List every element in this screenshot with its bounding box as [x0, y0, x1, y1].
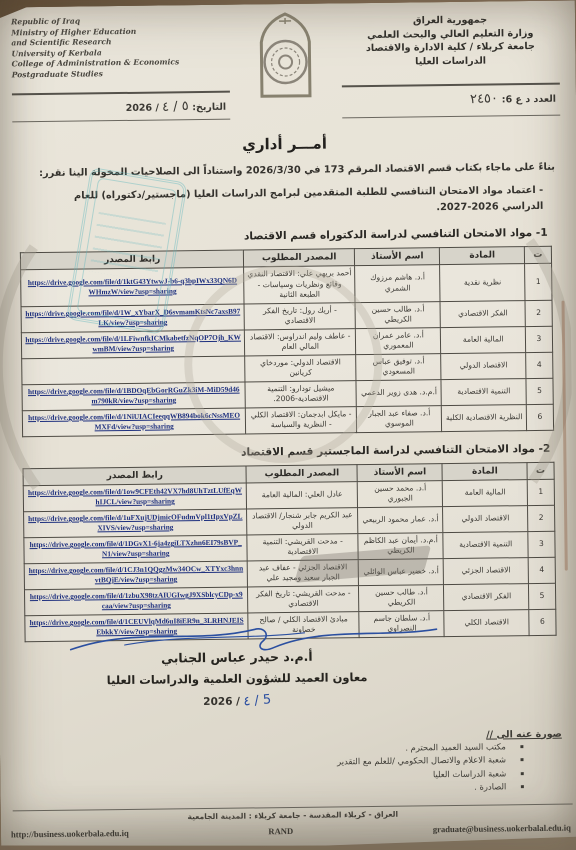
cell-subject: الاقتصاد الدولي [441, 352, 526, 379]
column-header: المصدر المطلوب [246, 464, 358, 482]
source-link[interactable]: https://drive.google.com/file/d/1ktG43Yt… [24, 275, 240, 298]
cell-subject: الفكر الاقتصادي [444, 583, 529, 610]
section1-title: 1- مواد الامتحان التنافسي لدراسة الدكتور… [0, 227, 548, 246]
source-link[interactable]: https://drive.google.com/file/d/1zbuX98t… [28, 590, 244, 613]
scanned-document-page: Republic of IraqMinistry of Higher Educa… [0, 0, 576, 849]
cell-professor: أ.م.د. هدى زوير الدعمي [356, 379, 441, 406]
column-header: اسم الأستاذ [357, 463, 442, 481]
cell-professor: أ.م.د. أيمان عبد الكاظم الكريطي [358, 532, 443, 559]
document-number-field: العدد د ع 6: ٢٤٥٠ [342, 83, 560, 119]
cell-source-link: https://drive.google.com/file/d/1DGvX1-6… [24, 535, 247, 564]
cell-subject: الفكر الاقتصادي [440, 300, 525, 327]
column-header: اسم الأستاذ [355, 248, 440, 266]
cell-no: 5 [526, 378, 553, 404]
cell-source-link: https://drive.google.com/file/d/1ktG43Yt… [21, 267, 244, 306]
cell-professor: أ.د. محمد حسين الجبوري [358, 480, 443, 507]
source-link[interactable]: https://drive.google.com/file/d/1uFXujUD… [27, 512, 243, 535]
section2-title: 2- مواد الامتحان التنافسي لدراسة الماجست… [0, 442, 550, 461]
cell-subject: الاقتصاد الجزئي [443, 557, 528, 584]
cell-professor: أ.د. عامر عمران المعموري [356, 327, 441, 354]
column-header: ت [527, 462, 554, 479]
cell-source-link: https://drive.google.com/file/d/1CJ3n1QQ… [24, 561, 247, 590]
letterhead-arabic-line: الدراسات العليا [341, 53, 559, 69]
footer-email-link[interactable]: graduate@business.uokerbalal.edu.iq [433, 822, 571, 834]
cell-source: الاقتصاد الدولي: موردخاي كريانين [245, 354, 357, 381]
cell-source: الاقتصاد الجزئي - عفاف عبد الجبار سعيد و… [247, 559, 359, 586]
footer-website-link[interactable]: http://business.uokerbala.edu.iq [11, 827, 129, 838]
doctorate-subjects-table: تالمادةاسم الأستاذالمصدر المطلوبرابط الم… [20, 246, 554, 437]
cell-source: - مايكل ابدجمان: الاقتصاد الكلي - النظري… [245, 406, 357, 433]
cell-no: 2 [528, 505, 555, 531]
cell-source: - مدحت القريشي: تاريخ الفكر الاقتصادي [248, 585, 360, 612]
column-header: المادة [442, 462, 527, 480]
intro-paragraph: بناءً على ماجاء بكتاب قسم الاقتصاد المرق… [11, 162, 555, 180]
cell-subject: المالية العامة [443, 479, 528, 506]
cell-no: 6 [526, 404, 553, 430]
document-title: أمـــر أداري [0, 131, 576, 156]
cell-professor: أ.د. هاشم مرزوك الشمري [355, 265, 440, 303]
cell-source: - مدحت القريشي: التنمية الاقتصادية [247, 533, 359, 560]
cell-professor: أ.د. عمار محمود الربيعي [358, 506, 443, 533]
date-handwritten: ٥ / ٤ [162, 99, 189, 115]
cell-subject: المالية العامة [441, 326, 526, 353]
source-link[interactable]: https://drive.google.com/file/d/1DGvX1-6… [28, 538, 244, 561]
table-row: 6النظرية الاقتصادية الكليةأ.د. صفاء عبد … [23, 404, 554, 436]
cell-no: 5 [529, 583, 556, 609]
date-label: التاريخ: [192, 102, 226, 113]
cell-professor: أ.د. توفيق عباس المسعودي [356, 353, 441, 380]
cell-no: 4 [528, 557, 555, 583]
number-handwritten: ٢٤٥٠ [470, 91, 499, 107]
cell-professor: أ.د. صفاء عبد الجبار الموسوي [357, 405, 442, 432]
decision-paragraph: - اعتماد مواد الامتحان التنافسي للطلبة ا… [53, 183, 543, 221]
cell-no: 3 [528, 531, 555, 557]
cell-source-link: https://drive.google.com/file/d/1zbuX98t… [25, 587, 248, 616]
source-link[interactable]: https://drive.google.com/file/d/1LFiwnfk… [25, 333, 241, 356]
cell-source-link: https://drive.google.com/file/d/1uFXujUD… [24, 509, 247, 538]
handwritten-signature-icon [64, 611, 445, 666]
letterhead-english-line: Postgraduate Studies [12, 68, 230, 81]
signature-date-handwritten: ٤ / 5 [243, 692, 272, 709]
cell-no: 2 [525, 300, 552, 326]
number-label: العدد د ع 6: [502, 94, 556, 106]
cell-subject: الاقتصاد الكلي [444, 609, 529, 636]
letterhead-english: Republic of IraqMinistry of Higher Educa… [11, 13, 230, 102]
cell-subject: الاقتصاد الدولي [443, 505, 528, 532]
signature-date: 2026 / ٤ / 5 [77, 691, 397, 710]
date-year: / 2026 [126, 103, 159, 114]
page-footer: العراق - كربلاء المقدسة - جامعة كربلاء :… [1, 803, 576, 839]
source-link[interactable]: https://drive.google.com/file/d/1W_xYbar… [25, 307, 241, 330]
cell-source: عبد الكريم جابر شنجار/ الاقتصاد الدولي [247, 507, 359, 534]
cell-no: 1 [527, 479, 554, 505]
column-header: ت [525, 246, 552, 263]
cell-no: 4 [526, 352, 553, 378]
signature-block: أ.م.د حيدر عباس الجنابي معاون العميد للش… [77, 647, 398, 710]
signature-date-year: 2026 / [203, 695, 240, 707]
cell-source-link: https://drive.google.com/file/d/1NiUIACI… [23, 408, 246, 437]
cell-source-link: https://drive.google.com/file/d/1W_xYbar… [21, 304, 244, 333]
cell-source: عادل العلي: المالية العامة [246, 481, 358, 508]
letterhead-arabic-line: جامعة كربلاء / كلية الادارة والاقتصاد [341, 40, 559, 56]
source-link[interactable]: https://drive.google.com/file/d/1ow9CFEt… [27, 486, 243, 509]
column-header: المصدر المطلوب [243, 249, 355, 267]
cell-source: أحمد بريهي علي: الاقتصاد النقدي وقائع ون… [244, 266, 356, 304]
cell-professor: أ.د. خضير عباس الوائلي [359, 558, 444, 585]
cell-source: - أريك رول: تاريخ الفكر الاقتصادي [244, 302, 356, 329]
cell-subject: نظرية نقدية [440, 264, 525, 302]
cell-source-link: https://drive.google.com/file/d/1BDOqEbG… [22, 382, 245, 411]
cell-no: 1 [525, 263, 552, 300]
date-field: التاريخ: ٥ / ٤ / 2026 [12, 91, 230, 123]
cell-source-link [22, 356, 245, 385]
cell-source-link: https://drive.google.com/file/d/1ow9CFEt… [23, 483, 246, 512]
page-fold-mark [562, 301, 568, 571]
cell-source: - عاطف وليم اندراوس: الاقتصاد المالي الع… [244, 328, 356, 355]
cell-no: 6 [529, 609, 556, 635]
cell-professor: أ.د. طالب حسين الكريطي [359, 584, 444, 611]
source-link[interactable]: https://drive.google.com/file/d/1CJ3n1QQ… [28, 564, 244, 587]
cell-no: 3 [526, 326, 553, 352]
column-header: المادة [440, 247, 525, 265]
source-link[interactable]: https://drive.google.com/file/d/1BDOqEbG… [26, 385, 242, 408]
source-link[interactable]: https://drive.google.com/file/d/1NiUIACI… [26, 411, 242, 434]
distribution-list: صورة عنه الى // مكتب السيد العميد المحتر… [0, 728, 563, 800]
cell-subject: التنمية الاقتصادية [441, 378, 526, 405]
cell-source-link: https://drive.google.com/file/d/1LFiwnfk… [22, 330, 245, 359]
signatory-title: معاون العميد للشؤون العلمية والدراسات ال… [77, 669, 397, 687]
cell-subject: النظرية الاقتصادية الكلية [442, 404, 527, 431]
cell-professor: أ.د. طالب حسين الكريطي [355, 301, 440, 328]
footer-center-text: RAND [268, 825, 293, 835]
cell-source: ميشيل تودارو: التنمية الاقتصادية-2006. [245, 380, 357, 407]
cell-subject: التنمية الاقتصادية [443, 531, 528, 558]
